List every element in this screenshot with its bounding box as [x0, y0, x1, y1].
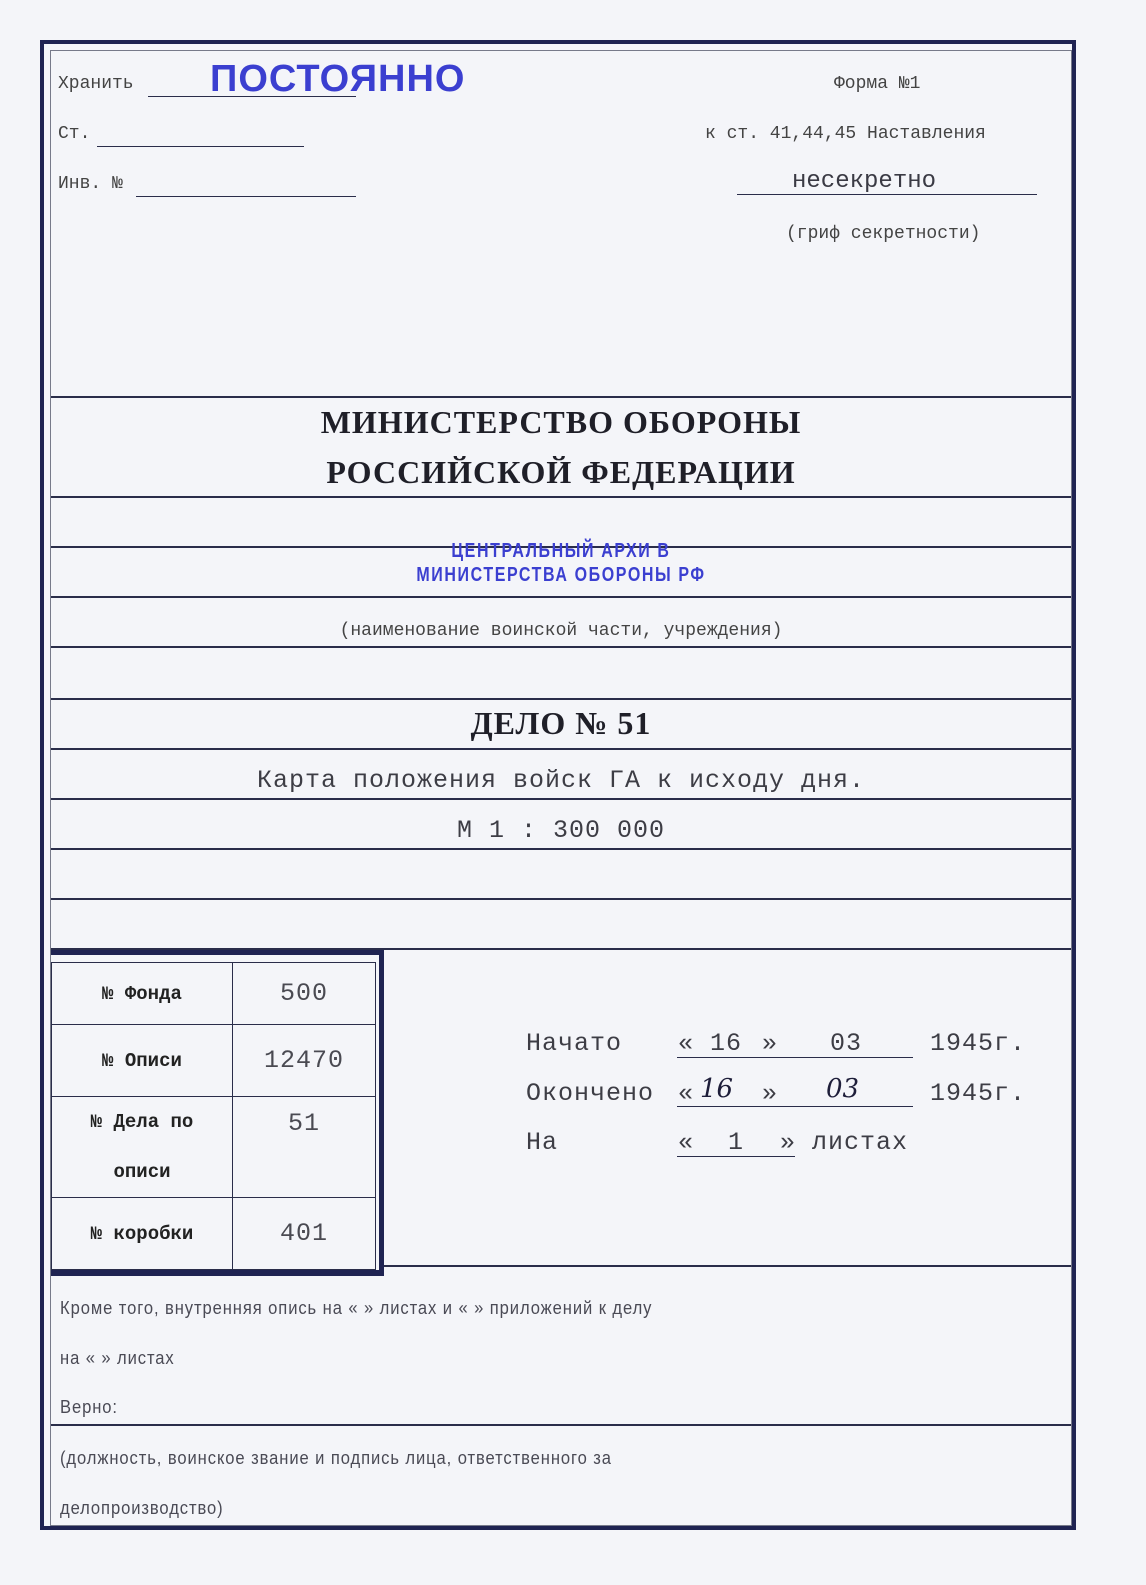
sheets-suffix: листах	[812, 1128, 908, 1157]
form-line	[51, 898, 1071, 900]
inventory-note-line-1: Кроме того, внутренняя опись на « » лист…	[60, 1298, 652, 1319]
secrecy-underline	[737, 194, 1037, 195]
case-title: ДЕЛО № 51	[51, 705, 1071, 742]
signature-caption-2: делопроизводство)	[60, 1498, 224, 1519]
signature-caption-1: (должность, воинское звание и подпись ли…	[60, 1448, 612, 1469]
finished-year: 1945г.	[930, 1079, 1026, 1108]
unit-stamp-line-2: МИНИСТЕРСТВА ОБОРОНЫ РФ	[153, 564, 969, 587]
table-value: 12470	[233, 1025, 376, 1097]
started-underline	[677, 1057, 913, 1058]
table-label: № Дела по описи	[52, 1097, 233, 1198]
form-line	[51, 748, 1071, 750]
case-scale: М 1 : 300 000	[51, 816, 1071, 845]
secrecy-caption: (гриф секретности)	[786, 224, 980, 244]
case-description: Карта положения войск ГА к исходу дня.	[51, 766, 1071, 795]
form-line	[51, 596, 1071, 598]
inv-underline	[136, 196, 356, 197]
form-line	[51, 698, 1071, 700]
sheets-label: На	[526, 1128, 558, 1157]
table-label: № Фонда	[52, 963, 233, 1025]
started-day: 16	[710, 1029, 742, 1058]
table-row: № Фонда 500	[52, 963, 376, 1025]
finished-day-handwritten: 16	[700, 1074, 733, 1104]
unit-caption: (наименование воинской части, учреждения…	[51, 621, 1071, 641]
finished-label: Окончено	[526, 1079, 654, 1108]
finished-quote-open: «	[678, 1079, 694, 1108]
sheets-quote-open: «	[678, 1128, 694, 1157]
store-stamp: ПОСТОЯННО	[210, 58, 465, 101]
form-line	[51, 646, 1071, 648]
inv-label: Инв. №	[58, 174, 123, 194]
table-value: 401	[233, 1198, 376, 1270]
archive-table: № Фонда 500 № Описи 12470 № Дела по опис…	[51, 962, 376, 1270]
sheets-count: 1	[728, 1128, 744, 1157]
unit-stamp-line-1: ЦЕНТРАЛЬНЫЙ АРХИ В	[153, 540, 969, 563]
form-label: Форма №1	[834, 74, 920, 94]
archive-table-block: № Фонда 500 № Описи 12470 № Дела по опис…	[51, 950, 384, 1276]
table-label: № коробки	[52, 1198, 233, 1270]
table-value: 500	[233, 963, 376, 1025]
finished-quote-close: »	[762, 1079, 778, 1108]
finished-underline	[677, 1106, 913, 1107]
finished-month-handwritten: 03	[826, 1074, 859, 1104]
articles-ref: к ст. 41,44,45 Наставления	[705, 124, 986, 144]
started-quote-close: »	[762, 1029, 778, 1058]
form-line	[51, 396, 1071, 398]
ministry-line-2: РОССИЙСКОЙ ФЕДЕРАЦИИ	[51, 454, 1071, 491]
st-label: Ст.	[58, 124, 90, 144]
table-label: № Описи	[52, 1025, 233, 1097]
started-month: 03	[830, 1029, 862, 1058]
form-line	[51, 496, 1071, 498]
form-line	[51, 848, 1071, 850]
started-quote-open: «	[678, 1029, 694, 1058]
sheets-underline	[677, 1156, 795, 1157]
inventory-note-line-2: на « » листах	[60, 1348, 175, 1369]
ministry-line-1: МИНИСТЕРСТВО ОБОРОНЫ	[51, 404, 1071, 441]
table-row: № коробки 401	[52, 1198, 376, 1270]
table-value: 51	[233, 1097, 376, 1198]
started-year: 1945г.	[930, 1029, 1026, 1058]
form-line	[51, 798, 1071, 800]
table-row: № Описи 12470	[52, 1025, 376, 1097]
form-line	[51, 1424, 1071, 1426]
st-underline	[97, 146, 304, 147]
secrecy-value: несекретно	[792, 168, 936, 195]
table-row: № Дела по описи 51	[52, 1097, 376, 1198]
started-label: Начато	[526, 1029, 622, 1058]
verified-label: Верно:	[60, 1397, 118, 1418]
sheets-quote-close: »	[780, 1128, 796, 1157]
store-label: Хранить	[58, 74, 134, 94]
